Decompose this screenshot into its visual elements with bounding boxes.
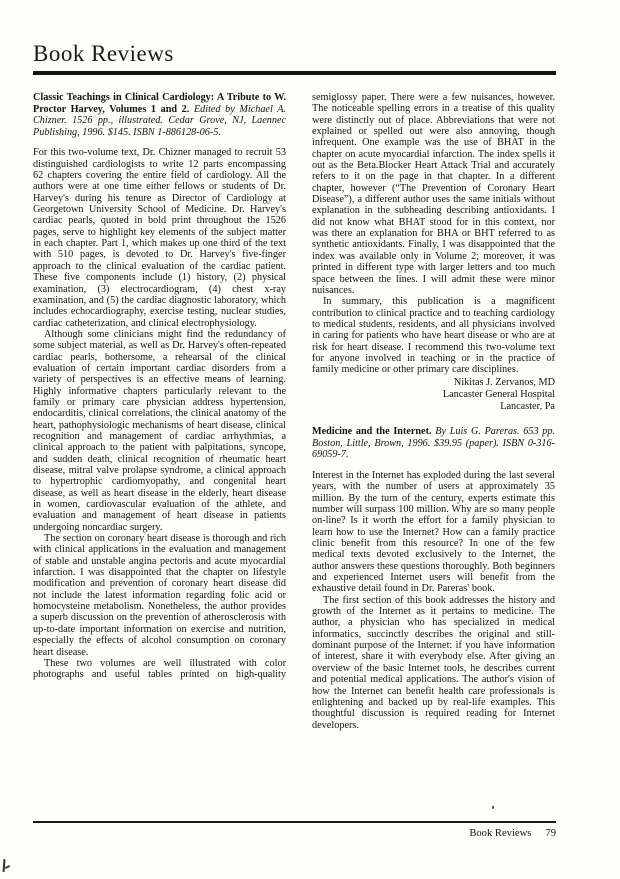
review1-paragraph-1: For this two-volume text, Dr. Chizner ma… xyxy=(33,147,286,329)
review2-heading: Medicine and the Internet. By Luis G. Pa… xyxy=(312,426,555,461)
review1-paragraph-4: These two volumes are well illustrated w… xyxy=(33,658,286,681)
review2-paragraph-1: Interest in the Internet has exploded du… xyxy=(312,470,555,595)
footer-rule xyxy=(33,821,556,823)
reviewer-location: Lancaster, Pa xyxy=(312,401,555,413)
reviewer-name: Nikitas J. Zervanos, MD xyxy=(312,377,555,389)
footer-section-label: Book Reviews xyxy=(469,828,531,839)
two-column-text: Classic Teachings in Clinical Cardiology… xyxy=(33,92,555,731)
journal-page: Book Reviews Classic Teachings in Clinic… xyxy=(0,0,620,879)
review2: Medicine and the Internet. By Luis G. Pa… xyxy=(312,426,555,731)
header-rule xyxy=(33,71,556,75)
left-column: Classic Teachings in Clinical Cardiology… xyxy=(33,92,286,731)
review2-paragraph-2: The first section of this book addresses… xyxy=(312,595,555,731)
running-footer: Book Reviews79 xyxy=(469,828,556,839)
review1-heading: Classic Teachings in Clinical Cardiology… xyxy=(33,92,286,138)
reviewer-signature: Nikitas J. Zervanos, MD Lancaster Genera… xyxy=(312,377,555,414)
section-masthead: Book Reviews xyxy=(33,41,555,67)
reviewer-affiliation: Lancaster General Hospital xyxy=(312,389,555,401)
page-number: 79 xyxy=(545,828,556,839)
review1-paragraph-5: semiglossy paper. There were a few nuisa… xyxy=(312,92,555,296)
review1-paragraph-6: In summary, this publication is a magnif… xyxy=(312,296,555,375)
scan-speck xyxy=(492,806,494,809)
review1-paragraph-2: Although some clinicians might find the … xyxy=(33,329,286,533)
review2-title: Medicine and the Internet. xyxy=(312,426,432,437)
scan-artifact-mark xyxy=(2,859,11,873)
right-column: semiglossy paper. There were a few nuisa… xyxy=(312,92,555,731)
review1-paragraph-3: The section on coronary heart disease is… xyxy=(33,533,286,658)
page-title: Book Reviews xyxy=(33,41,555,67)
